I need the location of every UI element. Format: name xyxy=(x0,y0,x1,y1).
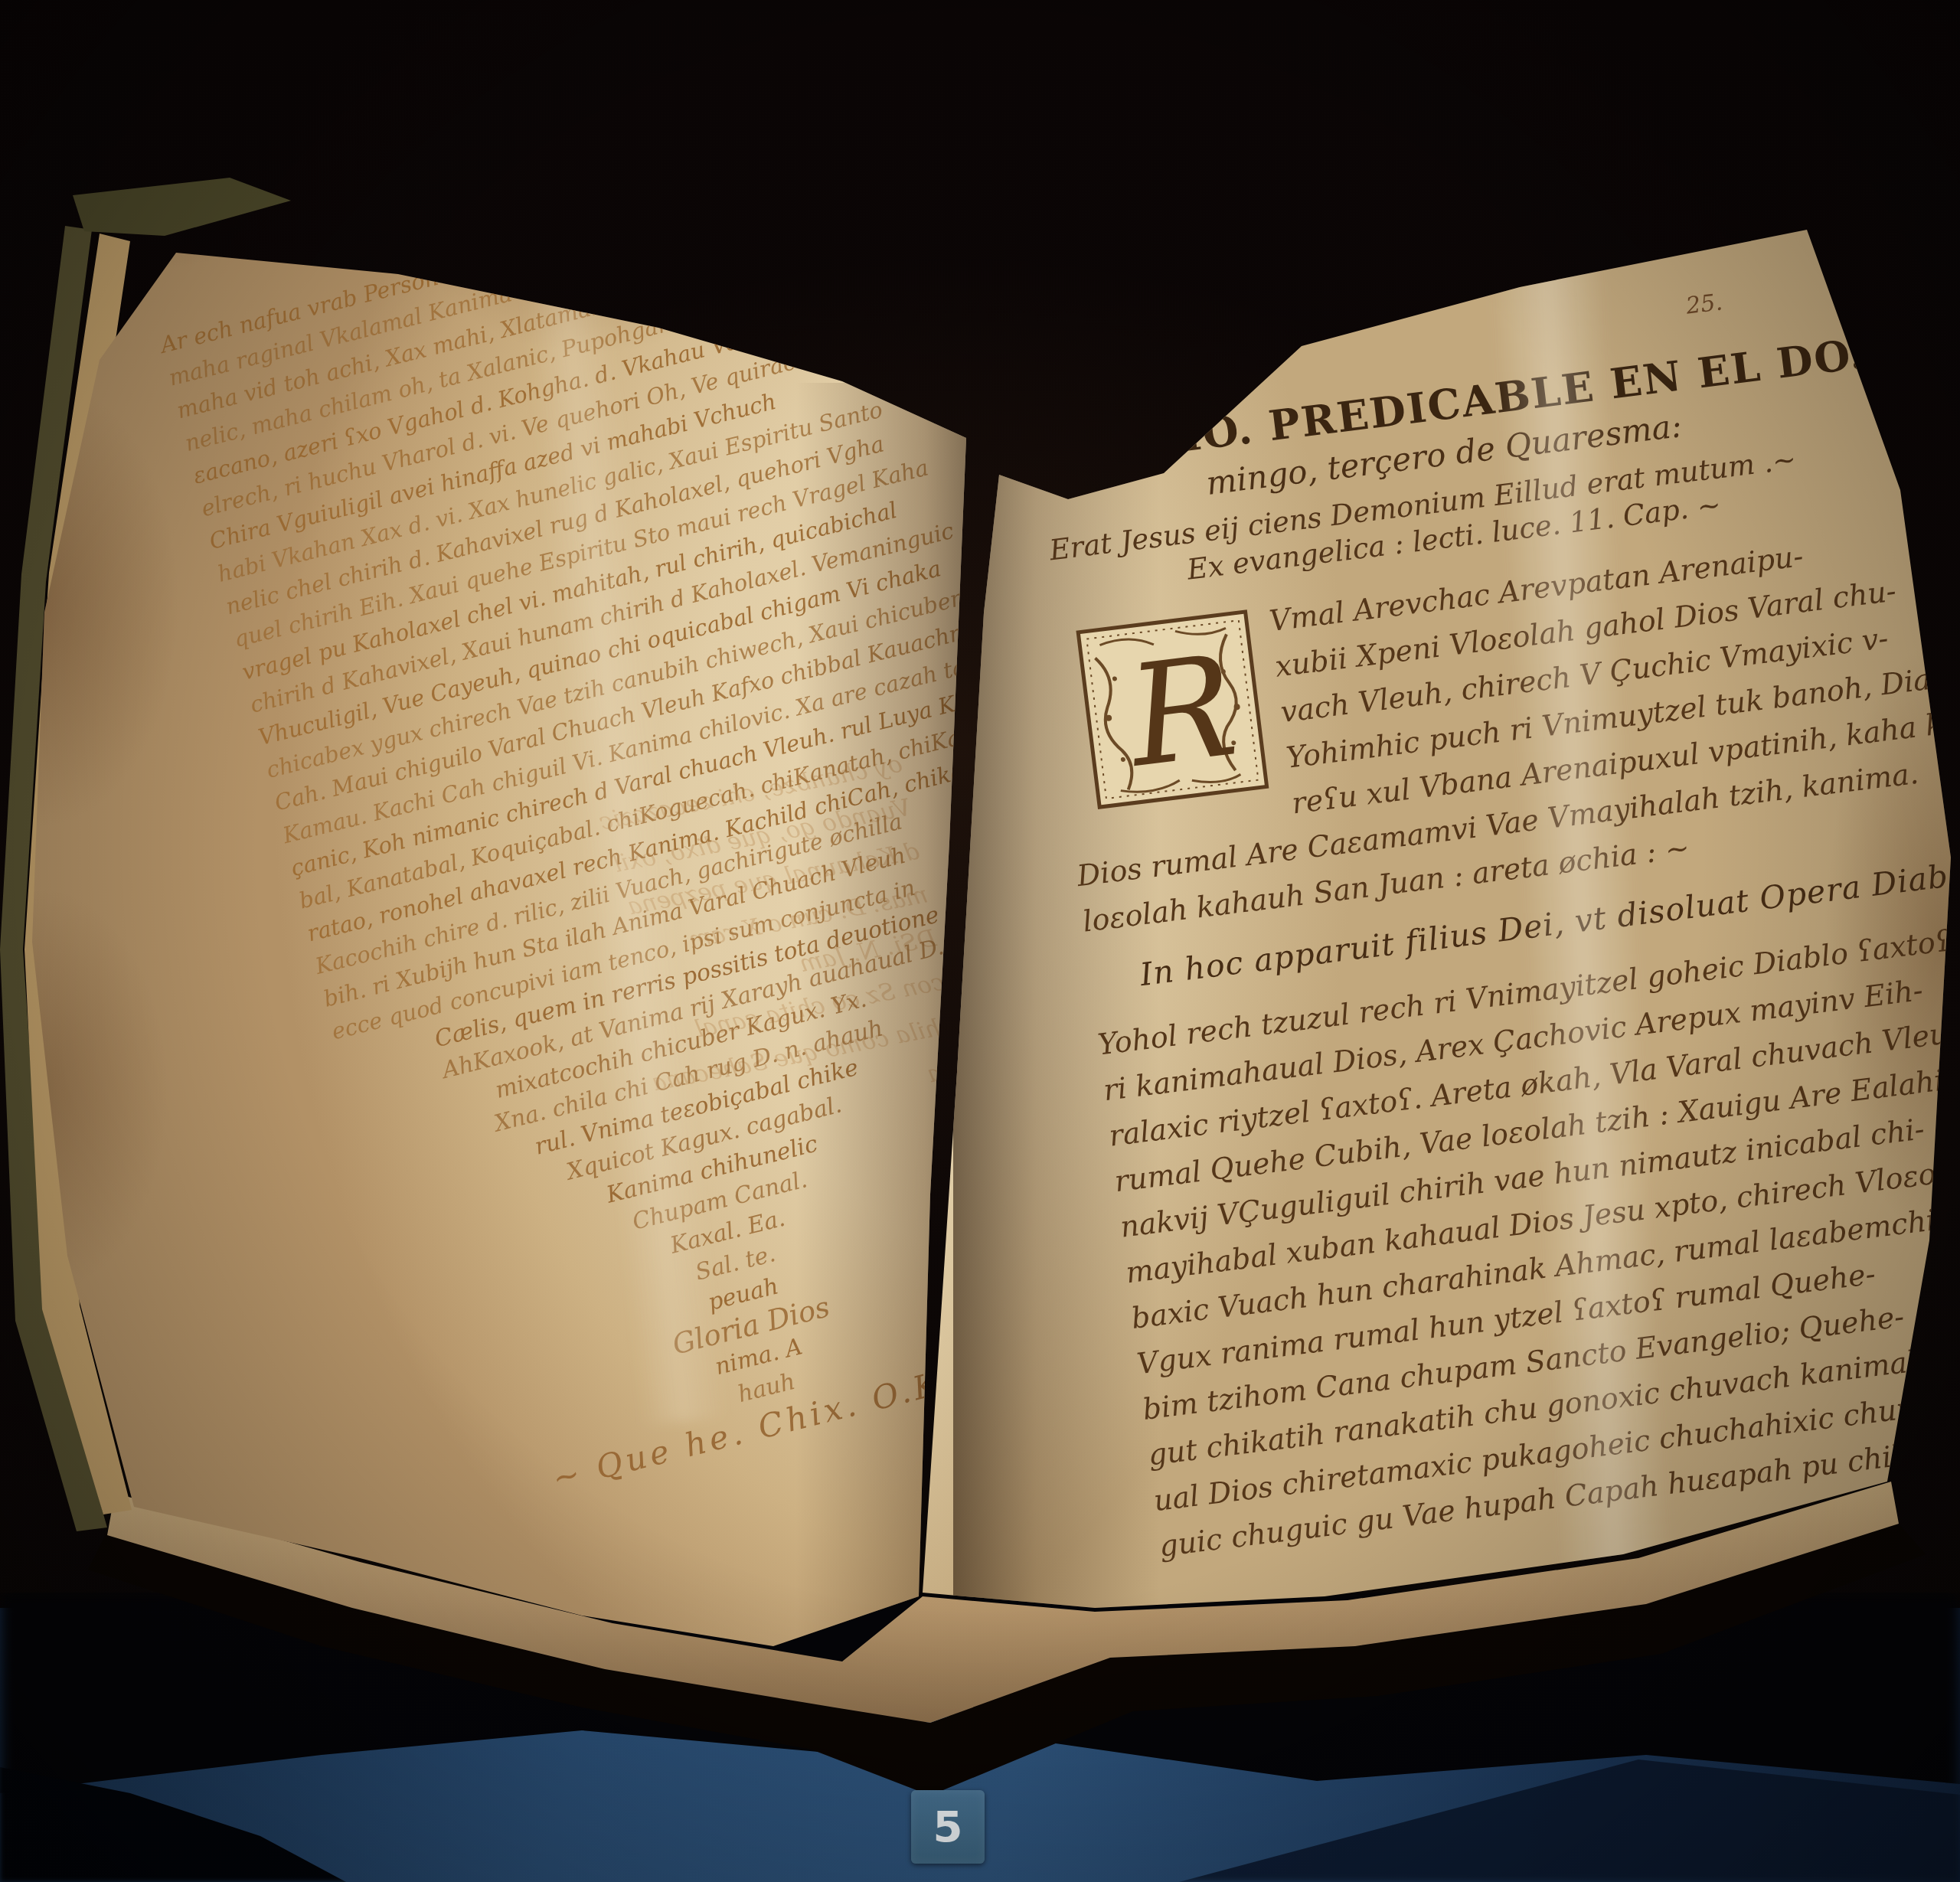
sermon-paragraph-2: Yohol rech tzuzul rech ri Vnimayitzel go… xyxy=(1095,921,1960,1570)
right-page-text: 25. SERMO. PREDICABLE EN EL DO. mingo, t… xyxy=(1007,201,1960,1600)
exhibit-number: 5 xyxy=(933,1802,963,1852)
decorated-initial-woodcut: R xyxy=(1075,609,1270,811)
folio-page-number: 25. xyxy=(1684,289,1724,320)
initial-letter-glyph: R xyxy=(1118,624,1244,798)
museum-photo-scene: oy chanbze, chi zecazazicVuando go, que … xyxy=(0,0,1960,1882)
exhibit-number-plaque: 5 xyxy=(911,1790,985,1864)
